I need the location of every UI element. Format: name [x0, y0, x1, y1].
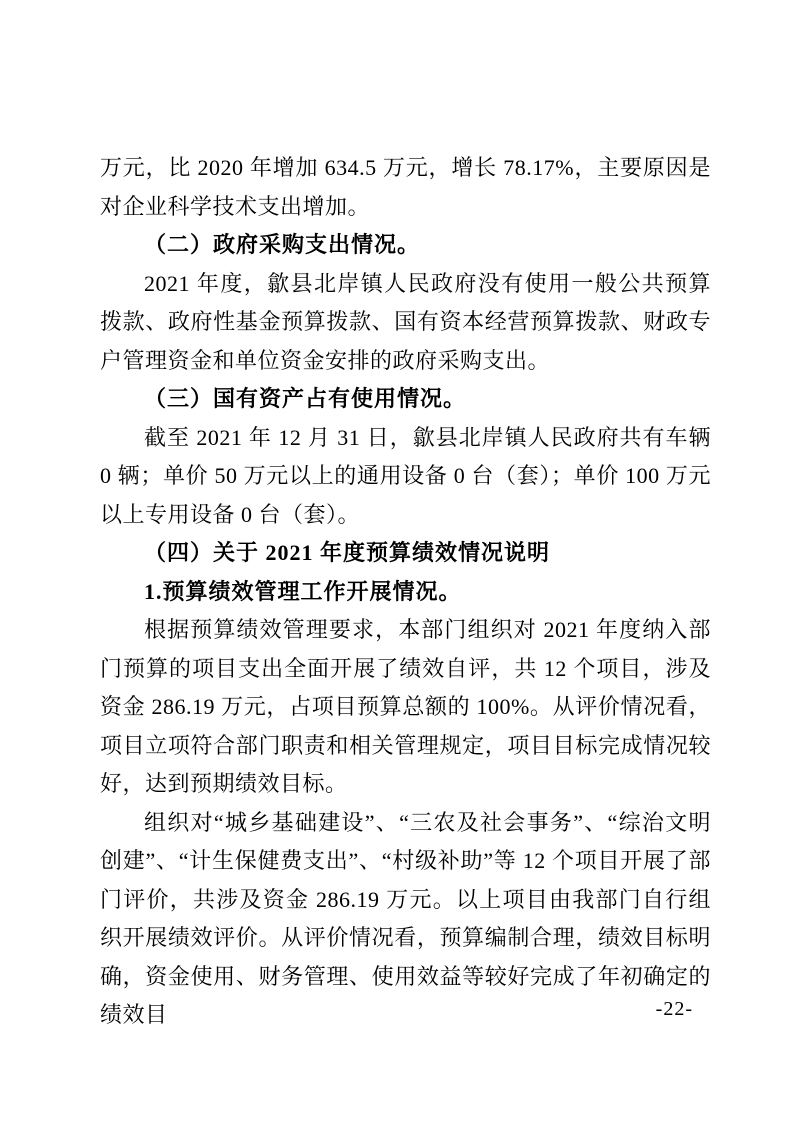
- document-page: 万元，比 2020 年增加 634.5 万元，增长 78.17%，主要原因是对企…: [0, 0, 793, 1122]
- para-performance-self-evaluation: 根据预算绩效管理要求，本部门组织对 2021 年度纳入部门预算的项目支出全面开展…: [100, 611, 711, 804]
- para-continuation: 万元，比 2020 年增加 634.5 万元，增长 78.17%，主要原因是对企…: [100, 149, 711, 226]
- subheading-performance-management: 1.预算绩效管理工作开展情况。: [100, 573, 711, 612]
- heading-state-assets: （三）国有资产占有使用情况。: [100, 380, 711, 419]
- para-department-evaluation: 组织对“城乡基础建设”、“三农及社会事务”、“综治文明创建”、“计生保健费支出”…: [100, 804, 711, 1035]
- page-number: -22-: [656, 994, 693, 1024]
- heading-budget-performance: （四）关于 2021 年度预算绩效情况说明: [100, 534, 711, 573]
- heading-government-procurement: （二）政府采购支出情况。: [100, 226, 711, 265]
- document-content: 万元，比 2020 年增加 634.5 万元，增长 78.17%，主要原因是对企…: [100, 149, 711, 1035]
- para-government-procurement: 2021 年度，歙县北岸镇人民政府没有使用一般公共预算拨款、政府性基金预算拨款、…: [100, 265, 711, 381]
- para-state-assets: 截至 2021 年 12 月 31 日，歙县北岸镇人民政府共有车辆 0 辆；单价…: [100, 419, 711, 535]
